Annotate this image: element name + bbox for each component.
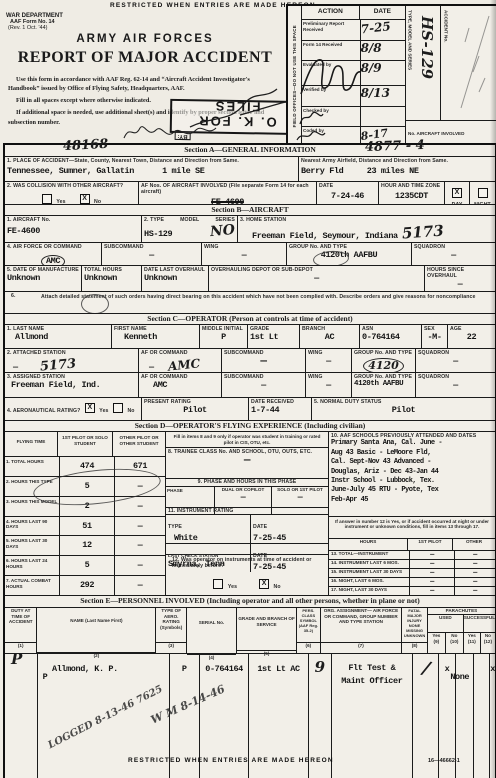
flying-time-row: 2. HOURS THIS TYPE 5 — bbox=[5, 477, 165, 497]
attached-wing-value: — bbox=[308, 356, 349, 366]
q12-yes-label: Yes bbox=[228, 584, 237, 590]
other-pilot-col-label: OTHER PILOT OR OTHER STUDENT bbox=[113, 432, 165, 456]
section-c-row-3: 3. ASSIGNED STATION Freeman Field, Ind. … bbox=[5, 373, 495, 398]
total-hours-value: Unknown bbox=[84, 273, 139, 283]
aircraft-involved-label: No. AIRCRAFT INVOLVED bbox=[408, 131, 464, 136]
series-handwritten: NO bbox=[209, 222, 235, 240]
stamp-text: O. K. FOR FILES bbox=[172, 98, 303, 130]
e-col-num: (1) bbox=[5, 642, 36, 649]
instrument-hours-first: — bbox=[410, 569, 455, 577]
aero-rating-label: 4. AERONAUTICAL RATING? bbox=[7, 408, 80, 414]
action-row: Checked by bbox=[302, 107, 405, 128]
flying-time-first-value: 51 bbox=[60, 517, 115, 536]
rating-date-cell: DATE RECEIVED 1-7-44 bbox=[249, 398, 312, 420]
instrument-hours-header: HOURS 1ST PILOT OTHER bbox=[329, 539, 495, 551]
section-d-bar: Section D—OPERATOR'S FLYING EXPERIENCE (… bbox=[5, 421, 495, 432]
type-model-col: TYPE, MODEL AND SERIES HS-129 bbox=[406, 6, 441, 120]
items-13-17-note: If answer in number 12 is Yes, or if acc… bbox=[329, 517, 495, 539]
trainee-class-value: — bbox=[168, 455, 326, 467]
flying-time-row: 6. HOURS LAST 24 HOURS 5 — bbox=[5, 556, 165, 576]
section-c-bar: Section C—OPERATOR (Person at controls a… bbox=[5, 314, 495, 325]
solo-first-pilot-value: — bbox=[272, 492, 328, 502]
hours-since-overhaul-label: HOURS SINCE OVERHAUL bbox=[427, 267, 493, 279]
parachutes-successful-label: SUCCESSFUL bbox=[464, 615, 495, 632]
flying-time-row: 1. TOTAL HOURS 474 671 bbox=[5, 457, 165, 477]
last-check-label: LAST CHECK STATION bbox=[168, 553, 218, 558]
instrument-hours-row: 17. NIGHT, LAST 30 DAYS — — bbox=[329, 587, 495, 595]
grade-cell: GRADE 1st Lt bbox=[248, 325, 300, 348]
home-station-value: Freeman Field, Seymour, Indiana bbox=[252, 231, 398, 241]
e-col-injury-header: FATAL MAJOR INJURY NONE MISSING UNKNOWN … bbox=[402, 608, 428, 653]
col-num: (12) bbox=[481, 639, 495, 645]
flying-time-header: FLYING TIME 1ST PILOT OR SOLO STUDENT OT… bbox=[5, 432, 165, 457]
duty-status-cell: 5. NORMAL DUTY STATUS Pilot bbox=[312, 398, 495, 420]
instrument-hours-other: — bbox=[455, 551, 495, 559]
section-e-header: DUTY AT TIME OF ACCIDENT (1) NAME (Last … bbox=[5, 608, 495, 654]
attached-station-cell: 2. ATTACHED STATION — 5173 bbox=[5, 349, 139, 372]
classification-upper: TYPE, MODEL AND SERIES HS-129 ACCIDENT N… bbox=[406, 6, 496, 120]
instrument-hours-table: HOURS 1ST PILOT OTHER 13. TOTAL—INSTRUME… bbox=[329, 539, 495, 595]
col-num: (10) bbox=[446, 639, 463, 645]
col-num: (11) bbox=[464, 639, 480, 645]
action-row-label: Form 14 Received bbox=[302, 41, 361, 61]
aircraft-no-value: FE-4600 bbox=[7, 226, 139, 236]
scanned-accident-report-page: RESTRICTED WHEN ENTRIES ARE MADE HEREON … bbox=[0, 0, 496, 778]
aero-rating-no-checkbox bbox=[113, 403, 123, 413]
e-col-label: SERIAL No. bbox=[187, 608, 236, 654]
accident-hour-value: 1235CDT bbox=[381, 191, 442, 201]
action-row-date: 8/13 bbox=[361, 86, 405, 106]
last-name-cell: 1. LAST NAME Allmond bbox=[5, 325, 112, 348]
type-model-series-cell: 2. TYPE MODEL SERIES HS-129 NO bbox=[142, 216, 238, 242]
phase-cell: 9. PHASE AND HOURS IN THIS PHASE PHASE D… bbox=[166, 479, 328, 507]
accident-no-col: ACCIDENT No. bbox=[441, 6, 496, 120]
e-col-num: (8) bbox=[402, 642, 427, 649]
assigned-station-cell: 3. ASSIGNED STATION Freeman Field, Ind. bbox=[5, 373, 139, 397]
section-d-body: FLYING TIME 1ST PILOT OR SOLO STUDENT OT… bbox=[5, 432, 495, 596]
instrument-hours-first: — bbox=[410, 551, 455, 559]
action-row: Preliminary Report Received 7-25 bbox=[302, 20, 405, 41]
section-a-title: Section A—GENERAL INFORMATION bbox=[184, 145, 316, 154]
action-row: Form 14 Received 8/8 bbox=[302, 41, 405, 62]
classification-columns: TYPE, MODEL AND SERIES HS-129 ACCIDENT N… bbox=[406, 6, 496, 147]
accident-date-label: DATE bbox=[319, 183, 376, 189]
attached-af-value: — bbox=[149, 362, 154, 372]
aero-rating-cell: 4. AERONAUTICAL RATING? X Yes No bbox=[5, 398, 142, 420]
personnel-duty-value: P P bbox=[5, 654, 38, 778]
collision-no-checkbox: X bbox=[80, 194, 90, 204]
dept-line3: (Rev. 1 Oct. '44) bbox=[6, 25, 63, 31]
action-row-label: Preliminary Report Received bbox=[302, 20, 361, 40]
action-row-date: 7-25 bbox=[360, 18, 406, 42]
flying-time-row: 4. HOURS LAST 90 DAYS 51 — bbox=[5, 517, 165, 537]
flying-time-first-value: 292 bbox=[60, 576, 115, 595]
flying-time-first-value: 474 bbox=[60, 457, 115, 476]
assigned-group-cell: GROUP No. AND TYPE 4120th AAFBU bbox=[352, 373, 416, 397]
aero-rating-yes-label: Yes bbox=[99, 408, 108, 414]
b-wing-value: — bbox=[204, 250, 284, 260]
assigned-wing-cell: WING — bbox=[306, 373, 352, 397]
main-form-table: Section A—GENERAL INFORMATION 48168 4877… bbox=[3, 143, 496, 778]
hours-since-overhaul-value: — bbox=[427, 279, 493, 289]
attached-squadron-value: — bbox=[418, 356, 493, 366]
attached-subcommand-value: — bbox=[224, 356, 303, 368]
field-offices-label: FIELD OFFICES—DO NOT USE THIS SPACE bbox=[292, 25, 297, 127]
e-col-label: GRADE AND BRANCH OF SERVICE bbox=[237, 608, 296, 650]
e-col-num: (6) bbox=[297, 642, 320, 649]
flying-time-other-value: — bbox=[115, 536, 165, 555]
b-subcommand-value: — bbox=[104, 250, 199, 260]
attached-af-label: AF OR COMMAND bbox=[141, 350, 219, 356]
duty-status-value: Pilot bbox=[314, 405, 493, 415]
instrument-hours-other: — bbox=[455, 578, 495, 586]
parachute-successful-no-value: x bbox=[490, 654, 495, 778]
e-col-org-header: ORG. ASSIGNMENT— AIR FORCE OR COMMAND, G… bbox=[321, 608, 403, 653]
successful-no-header: No (12) bbox=[481, 633, 495, 653]
e-col-grade-header: GRADE AND BRANCH OF SERVICE (5) bbox=[237, 608, 297, 653]
date-col-header: DATE bbox=[360, 6, 405, 19]
instrument-rating-header: 11. INSTRUMENT RATING bbox=[166, 508, 328, 515]
b-air-force-cell: 4. AIR FORCE OR COMMAND AMC bbox=[5, 243, 102, 265]
attached-squadron-cell: SQUADRON — bbox=[416, 349, 495, 372]
type-label: 2. TYPE bbox=[144, 217, 164, 223]
section-b-bar: Section B—AIRCRAFT bbox=[5, 205, 495, 216]
instrument-hours-row-label: 16. NIGHT, LAST 6 MOS. bbox=[329, 578, 410, 586]
attached-subcommand-cell: SUBCOMMAND — bbox=[222, 349, 306, 372]
q12-yes-checkbox bbox=[213, 579, 223, 589]
asn-value: 0-764164 bbox=[362, 332, 419, 342]
accident-hour-cell: HOUR AND TIME ZONE 1235CDT bbox=[379, 182, 445, 204]
parachutes-header: PARACHUTES USED SUCCESSFUL Yes (9) No (1… bbox=[428, 608, 495, 653]
instrument-hours-row-label: 17. NIGHT, LAST 30 DAYS bbox=[329, 587, 410, 595]
day-checkbox: X bbox=[452, 188, 462, 198]
instrument-date-label: DATE bbox=[253, 524, 267, 530]
b-group-cell: GROUP No. AND TYPE 4120th AAFBU bbox=[287, 243, 412, 265]
section-d-right: 10. AAF SCHOOLS PREVIOUSLY ATTENDED AND … bbox=[329, 432, 495, 595]
aircraft-no-label: 1. AIRCRAFT No. bbox=[7, 217, 139, 223]
action-row-date bbox=[361, 107, 405, 127]
sex-cell: SEX -M- bbox=[422, 325, 448, 348]
other-col2-label: OTHER bbox=[453, 539, 495, 550]
action-row-date: 8/9 bbox=[361, 61, 405, 85]
action-row-label: Verified by bbox=[302, 86, 361, 106]
present-rating-cell: PRESENT RATING Pilot bbox=[142, 398, 249, 420]
instrument-type-value: White bbox=[174, 533, 248, 543]
trainee-class-cell: 8. TRAINEE CLASS No. AND SCHOOL, OTU, OU… bbox=[166, 448, 328, 480]
day-label: DAY bbox=[447, 202, 467, 204]
manufacture-date-value: Unknown bbox=[7, 273, 79, 283]
action-header-row: ACTION DATE bbox=[302, 6, 405, 20]
flying-time-row-label: 5. HOURS LAST 30 DAYS bbox=[5, 536, 60, 555]
flying-time-first-value: 5 bbox=[60, 556, 115, 575]
flying-time-other-value: — bbox=[115, 576, 165, 595]
night-cell: NIGHT bbox=[470, 182, 495, 204]
attached-station-value: — bbox=[13, 362, 18, 372]
attached-af-handwritten: AMC bbox=[168, 357, 201, 372]
last-overhaul-cell: DATE LAST OVERHAUL Unknown bbox=[142, 266, 209, 291]
instrument-hours-first: — bbox=[410, 560, 455, 568]
flying-time-row-label: 3. HOURS THIS MODEL bbox=[5, 497, 60, 516]
attached-wing-cell: WING — bbox=[306, 349, 352, 372]
collision-yes-checkbox bbox=[42, 194, 52, 204]
instrument-hours-row: 15. INSTRUMENT LAST 30 DAYS — — bbox=[329, 569, 495, 578]
accident-hour-label: HOUR AND TIME ZONE bbox=[381, 183, 442, 189]
hours-col-label: HOURS bbox=[329, 539, 408, 550]
action-row: Verified by 8/13 bbox=[302, 86, 405, 107]
e-col-name-header: NAME (Last Name First) (2) bbox=[37, 608, 156, 653]
section-b-row-6: 6. Attach detailed statement of such ord… bbox=[5, 292, 495, 314]
orders-item-number: 6. bbox=[11, 293, 16, 312]
field-office-action-box: FIELD OFFICES—DO NOT USE THIS SPACE ACTI… bbox=[286, 4, 496, 149]
assigned-group-value: 4120th AAFBU bbox=[354, 380, 413, 388]
home-station-handwritten: 5173 bbox=[401, 222, 444, 242]
section-a-row-2: 2. WAS COLLISION WITH OTHER AIRCRAFT? Ye… bbox=[5, 182, 495, 205]
rating-date-value: 1-7-44 bbox=[251, 405, 309, 415]
home-station-cell: 3. HOME STATION Freeman Field, Seymour, … bbox=[238, 216, 495, 242]
sex-value: -M- bbox=[424, 332, 445, 342]
section-c-title: Section C—OPERATOR (Person at controls a… bbox=[147, 314, 352, 323]
assigned-af-cell: AF OR COMMAND AMC bbox=[139, 373, 222, 397]
ok-for-files-stamp: O. K. FOR FILES BY: bbox=[170, 99, 305, 135]
flying-time-col-label: FLYING TIME bbox=[5, 432, 58, 456]
type-model-handwritten-value: HS-129 bbox=[418, 16, 436, 79]
section-c-row-2: 2. ATTACHED STATION — 5173 AF OR COMMAND… bbox=[5, 349, 495, 373]
attached-station-handwritten: 5173 bbox=[40, 357, 77, 372]
instrument-hours-other: — bbox=[455, 587, 495, 595]
e-col-duty-header: DUTY AT TIME OF ACCIDENT (1) bbox=[5, 608, 37, 653]
aero-rating-yes-checkbox: X bbox=[85, 403, 95, 413]
e-col-label: ORG. ASSIGNMENT— AIR FORCE OR COMMAND, G… bbox=[321, 608, 402, 642]
instrument-hours-row-label: 13. TOTAL—INSTRUMENT bbox=[329, 551, 410, 559]
accident-no-pencil-marks bbox=[449, 8, 496, 118]
section-b-row-1: 1. AIRCRAFT No. FE-4600 2. TYPE MODEL SE… bbox=[5, 216, 495, 243]
flying-time-first-value: 2 bbox=[60, 497, 115, 516]
flying-time-other-value: — bbox=[115, 477, 165, 496]
items-8-9-note: Fill in items 8 and 9 only if operator w… bbox=[166, 432, 328, 448]
assigned-af-value: AMC bbox=[153, 380, 219, 390]
first-name-cell: FIRST NAME Kenneth bbox=[112, 325, 200, 348]
collision-question-label: 2. WAS COLLISION WITH OTHER AIRCRAFT? bbox=[7, 183, 136, 189]
present-rating-value: Pilot bbox=[144, 405, 246, 415]
assigned-squadron-value: — bbox=[418, 380, 493, 390]
b-air-force-value: AMC bbox=[41, 255, 65, 265]
hours-since-overhaul-cell: HOURS SINCE OVERHAUL — bbox=[425, 266, 495, 291]
first-name-value: Kenneth bbox=[124, 332, 197, 342]
aaf-schools-value: Primary Santa Ana, Cal. June - Aug 43 Ba… bbox=[331, 439, 493, 505]
flying-time-row-label: 2. HOURS THIS TYPE bbox=[5, 477, 60, 496]
accident-date-value: 7-24-46 bbox=[319, 191, 376, 201]
attached-group-handwritten: 4120 bbox=[363, 358, 404, 372]
section-e-bar: Section E—PERSONNEL INVOLVED (Including … bbox=[5, 596, 495, 608]
instrument-type-label: TYPE bbox=[168, 524, 182, 530]
e-col-label: NAME (Last Name First) bbox=[37, 608, 155, 652]
night-checkbox bbox=[478, 188, 488, 198]
section-d-title: Section D—OPERATOR'S FLYING EXPERIENCE (… bbox=[135, 421, 366, 430]
last-name-value: Allmond bbox=[15, 332, 109, 342]
first-pilot-col-label: 1ST PILOT OR SOLO STUDENT bbox=[58, 432, 113, 456]
flying-time-row-label: 7. ACTUAL COMBAT HOURS bbox=[5, 576, 60, 595]
trainee-class-label: 8. TRAINEE CLASS No. AND SCHOOL, OTU, OU… bbox=[168, 449, 326, 455]
parachutes-label: PARACHUTES bbox=[428, 608, 495, 615]
flying-time-table: FLYING TIME 1ST PILOT OR SOLO STUDENT OT… bbox=[5, 432, 166, 595]
instrument-hours-row-label: 14. INSTRUMENT LAST 6 MOS. bbox=[329, 560, 410, 568]
attached-group-cell: GROUP No. AND TYPE 4120 bbox=[352, 349, 416, 372]
section-d-middle: Fill in items 8 and 9 only if operator w… bbox=[166, 432, 329, 595]
type-model-value: HS-129 bbox=[144, 229, 172, 239]
last-check-value: Smyrna, Tenn bbox=[168, 559, 248, 569]
af-numbers-cell: AF Nos. OF AIRCRAFT INVOLVED (File separ… bbox=[139, 182, 317, 204]
collision-question-cell: 2. WAS COLLISION WITH OTHER AIRCRAFT? Ye… bbox=[5, 182, 139, 204]
action-row-label: Evaluated by bbox=[302, 61, 361, 85]
col-num: (9) bbox=[428, 639, 445, 645]
parachute-successful-yes-cell bbox=[474, 654, 491, 778]
print-code: 16—46662-1 bbox=[428, 758, 460, 764]
action-col-header: ACTION bbox=[302, 6, 360, 19]
nearest-airfield-value: Berry Fld 23 miles NE bbox=[301, 166, 493, 176]
b-wing-cell: WING — bbox=[202, 243, 287, 265]
depot-value: — bbox=[211, 273, 422, 283]
restricted-banner-top: RESTRICTED WHEN ENTRIES ARE MADE HEREON bbox=[110, 2, 316, 9]
flying-time-row-label: 1. TOTAL HOURS bbox=[5, 457, 60, 476]
place-of-accident-cell: 1. PLACE OF ACCIDENT—State, County, Near… bbox=[5, 157, 299, 181]
injury-hand-slash: / bbox=[421, 658, 431, 680]
stamp-by-label: BY: bbox=[175, 132, 191, 140]
accident-date-cell: DATE 7-24-46 bbox=[317, 182, 379, 204]
form-identifier-block: WAR DEPARTMENT AAF Form No. 14 (Rev. 1 O… bbox=[6, 13, 63, 31]
b-squadron-value: — bbox=[414, 250, 493, 260]
orders-statement-cell: 6. Attach detailed statement of such ord… bbox=[5, 292, 495, 313]
place-of-accident-label: 1. PLACE OF ACCIDENT—State, County, Near… bbox=[7, 158, 296, 164]
q12-no-label: No bbox=[274, 584, 281, 590]
section-e-title: Section E—PERSONNEL INVOLVED (Including … bbox=[80, 596, 419, 605]
successful-yes-header: Yes (11) bbox=[464, 633, 481, 653]
field-offices-side-strip: FIELD OFFICES—DO NOT USE THIS SPACE bbox=[288, 6, 302, 147]
page-title: REPORT OF MAJOR ACCIDENT bbox=[6, 49, 284, 67]
middle-initial-cell: MIDDLE INITIAL P bbox=[200, 325, 248, 348]
total-hours-cell: TOTAL HOURS Unknown bbox=[82, 266, 142, 291]
e-col-serial-header: SERIAL No. (4) bbox=[187, 608, 237, 653]
e-col-num: (3) bbox=[156, 642, 186, 649]
asn-cell: ASN 0-764164 bbox=[360, 325, 422, 348]
grade-value: 1st Lt bbox=[250, 332, 297, 342]
night-label: NIGHT bbox=[472, 202, 493, 204]
first-pilot-col2-label: 1ST PILOT bbox=[408, 539, 453, 550]
duty-handwritten-mark: P bbox=[11, 650, 22, 668]
e-col-label: PERS. CLASS SYMBOL (AAF Reg. 35-2) bbox=[297, 608, 320, 642]
aero-rating-no-label: No bbox=[127, 408, 134, 414]
section-b-row-3: 5. DATE OF MANUFACTURE Unknown TOTAL HOU… bbox=[5, 266, 495, 292]
flying-time-row: 5. HOURS LAST 30 DAYS 12 — bbox=[5, 536, 165, 556]
used-yes-header: Yes (9) bbox=[428, 633, 446, 653]
af-numbers-value: FE-4600 bbox=[141, 197, 314, 204]
place-of-accident-value: Tennessee, Sumner, Gallatin 1 mile SE bbox=[7, 166, 296, 176]
flying-time-other-value: — bbox=[115, 556, 165, 575]
section-a-row-1: 1. PLACE OF ACCIDENT—State, County, Near… bbox=[5, 157, 495, 182]
branch-cell: BRANCH AC bbox=[300, 325, 360, 348]
instrument-hours-first: — bbox=[410, 587, 455, 595]
b-subcommand-cell: SUBCOMMAND — bbox=[102, 243, 202, 265]
nearest-airfield-label: Nearest Army Airfield, Distance and Dire… bbox=[301, 158, 493, 164]
section-a-bar: Section A—GENERAL INFORMATION 48168 4877… bbox=[5, 145, 495, 157]
handwritten-case-number-right: 4877 - 4 bbox=[365, 138, 425, 155]
assigned-wing-value: — bbox=[308, 380, 349, 390]
instrument-hours-other: — bbox=[455, 569, 495, 577]
flying-time-row-label: 6. HOURS LAST 24 HOURS bbox=[5, 556, 60, 575]
personnel-org-value: Flt Test & Maint Officer bbox=[332, 654, 413, 778]
parachutes-used-label: USED bbox=[428, 615, 464, 632]
assigned-squadron-cell: SQUADRON — bbox=[416, 373, 495, 397]
action-table: ACTION DATE Preliminary Report Received … bbox=[302, 6, 406, 147]
attached-station-label: 2. ATTACHED STATION bbox=[7, 350, 136, 356]
aaf-schools-cell: 10. AAF SCHOOLS PREVIOUSLY ATTENDED AND … bbox=[329, 432, 495, 517]
action-row: Evaluated by 8/9 bbox=[302, 61, 405, 86]
e-col-class-header: PERS. CLASS SYMBOL (AAF Reg. 35-2) (6) bbox=[297, 608, 321, 653]
e-col-label: TYPE OF AERO. RATING (Symbols) bbox=[156, 608, 186, 642]
flying-time-row: 7. ACTUAL COMBAT HOURS 292 — bbox=[5, 576, 165, 595]
handwritten-case-number-left: 48168 bbox=[63, 137, 109, 154]
used-no-header: No (10) bbox=[446, 633, 464, 653]
age-value: 22 bbox=[450, 332, 493, 342]
last-overhaul-value: Unknown bbox=[144, 273, 206, 283]
flying-time-row: 3. HOURS THIS MODEL 2 — bbox=[5, 497, 165, 517]
section-c-row-4: 4. AERONAUTICAL RATING? X Yes No PRESENT… bbox=[5, 398, 495, 421]
manufacture-date-cell: 5. DATE OF MANUFACTURE Unknown bbox=[5, 266, 82, 291]
instruction-para-1: Use this form in accordance with AAF Reg… bbox=[8, 75, 280, 93]
orders-note: Attach detailed statement of such orders… bbox=[24, 293, 493, 312]
af-numbers-label: AF Nos. OF AIRCRAFT INVOLVED (File separ… bbox=[141, 183, 314, 195]
section-b-row-2: 4. AIR FORCE OR COMMAND AMC SUBCOMMAND —… bbox=[5, 243, 495, 266]
age-cell: AGE 22 bbox=[448, 325, 495, 348]
flying-time-row-label: 4. HOURS LAST 90 DAYS bbox=[5, 517, 60, 536]
e-col-label: DUTY AT TIME OF ACCIDENT bbox=[5, 608, 36, 642]
flying-time-first-value: 12 bbox=[60, 536, 115, 555]
instrument-hours-other: — bbox=[455, 560, 495, 568]
flying-time-first-value: 5 bbox=[60, 477, 115, 496]
dual-copilot-value: — bbox=[215, 492, 271, 502]
e-col-num: (7) bbox=[321, 642, 402, 649]
instrument-hours-row: 14. INSTRUMENT LAST 6 MOS. — — bbox=[329, 560, 495, 569]
b-group-value: 4120th AAFBU bbox=[289, 250, 409, 260]
instrument-hours-first: — bbox=[410, 578, 455, 586]
org-title: ARMY AIR FORCES bbox=[20, 33, 270, 45]
restricted-banner-bottom: RESTRICTED WHEN ENTRIES ARE MADE HEREON bbox=[128, 757, 334, 764]
aircraft-no-cell: 1. AIRCRAFT No. FE-4600 bbox=[5, 216, 142, 242]
section-c-row-1: 1. LAST NAME Allmond FIRST NAME Kenneth … bbox=[5, 325, 495, 349]
instrument-hours-row: 16. NIGHT, LAST 6 MOS. — — bbox=[329, 578, 495, 587]
section-b-title: Section B—AIRCRAFT bbox=[211, 205, 288, 214]
assigned-station-value: Freeman Field, Ind. bbox=[11, 380, 136, 390]
attached-af-cell: AF OR COMMAND — AMC bbox=[139, 349, 222, 372]
assigned-subcommand-cell: SUBCOMMAND — bbox=[222, 373, 306, 397]
collision-no-label: No bbox=[94, 199, 101, 204]
q12-no-checkbox: X bbox=[259, 579, 269, 589]
action-row-label: Checked by bbox=[302, 107, 361, 127]
e-col-rating-header: TYPE OF AERO. RATING (Symbols) (3) bbox=[156, 608, 187, 653]
e-col-label: FATAL MAJOR INJURY NONE MISSING UNKNOWN bbox=[402, 608, 427, 642]
instrument-hours-row: 13. TOTAL—INSTRUMENT — — bbox=[329, 551, 495, 560]
depot-cell: OVERHAULING DEPOT OR SUB-DEPOT — bbox=[209, 266, 425, 291]
branch-value: AC bbox=[302, 332, 357, 342]
flying-time-other-value: 671 bbox=[115, 457, 165, 476]
instrument-hours-row-label: 15. INSTRUMENT LAST 30 DAYS bbox=[329, 569, 410, 577]
flying-time-other-value: — bbox=[115, 517, 165, 536]
b-squadron-cell: SQUADRON — bbox=[412, 243, 495, 265]
instrument-date-value: 7-25-45 bbox=[253, 533, 326, 543]
collision-yes-label: Yes bbox=[56, 199, 65, 204]
assigned-subcommand-value: — bbox=[224, 380, 303, 390]
flying-time-other-value: — bbox=[115, 497, 165, 516]
model-label: MODEL bbox=[180, 217, 199, 223]
